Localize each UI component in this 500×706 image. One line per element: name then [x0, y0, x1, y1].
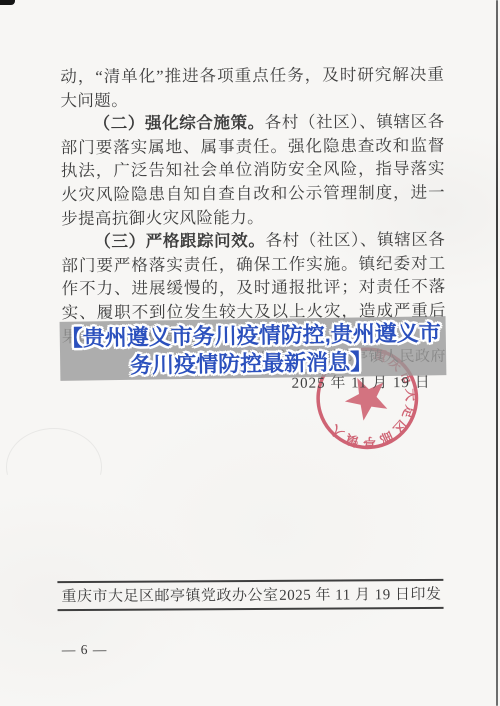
scanned-document-page: 动，“清单化”推进各项重点任务，及时研究解决重大问题。 （二）强化综合施策。各村… [0, 0, 500, 706]
overlay-headline: 【贵州遵义市务川疫情防控,贵州遵义市务川疫情防控最新消息】 [58, 319, 445, 381]
body-paragraph: （二）强化综合施策。各村（社区）、镇辖区各部门要落实属地、属事责任。强化隐患查改… [61, 110, 446, 230]
document-content: 动，“清单化”推进各项重点任务，及时研究解决重大问题。 （二）强化综合施策。各村… [0, 0, 500, 706]
paragraph-text: 动，“清单化”推进各项重点任务，及时研究解决重大问题。 [60, 65, 444, 110]
paragraph-lead: （二）强化综合施策。 [94, 113, 265, 133]
paragraph-lead: （三）严格跟踪问效。 [94, 231, 265, 251]
document-body: 动，“清单化”推进各项重点任务，及时研究解决重大问题。 （二）强化综合施策。各村… [60, 63, 446, 348]
colophon-box: 重庆市大足区邮亭镇党政办公室 2025 年 11 月 19 日印发 [57, 579, 443, 611]
body-paragraph: 动，“清单化”推进各项重点任务，及时研究解决重大问题。 [60, 63, 444, 113]
colophon-print-date: 2025 年 11 月 19 日印发 [279, 583, 441, 605]
colophon-row: 重庆市大足区邮亭镇党政办公室 2025 年 11 月 19 日印发 [61, 583, 441, 606]
colophon-office: 重庆市大足区邮亭镇党政办公室 [61, 584, 278, 606]
page-number: — 6 — [62, 642, 108, 658]
